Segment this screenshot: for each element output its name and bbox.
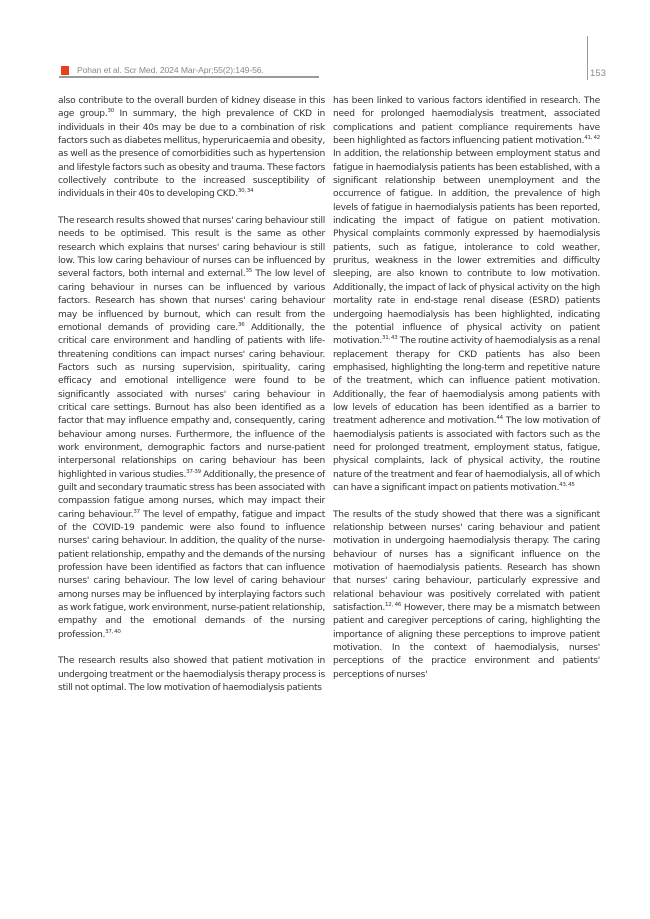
page-number: 153	[590, 68, 606, 79]
text-run: In summary, the high prevalence of CKD i…	[58, 109, 325, 199]
citation-ref: 12, 46	[385, 602, 401, 608]
citation-ref: 31, 43	[382, 335, 398, 341]
citation-ref: 37, 40	[105, 629, 121, 635]
left-column: also contribute to the overall burden of…	[58, 95, 325, 709]
page-number-divider	[587, 36, 588, 80]
paragraph: has been linked to various factors ident…	[333, 95, 600, 495]
paragraph: The research results also showed that pa…	[58, 655, 325, 695]
citation-ref: 41, 42	[584, 135, 600, 141]
accent-square-icon	[61, 66, 69, 75]
text-run: Additionally, the critical care environm…	[58, 323, 325, 480]
text-run: However, there may be a mismatch between…	[333, 603, 600, 680]
paragraph: also contribute to the overall burden of…	[58, 95, 325, 202]
text-run: In addition, the relationship between em…	[333, 149, 600, 346]
paragraph: The results of the study showed that the…	[333, 509, 600, 682]
paragraph: The research results showed that nurses'…	[58, 215, 325, 642]
header-underline	[59, 76, 319, 78]
citation-ref: 30, 34	[238, 188, 254, 194]
text-run: has been linked to various factors ident…	[333, 96, 600, 146]
journal-citation: Pohan et al. Scr Med. 2024 Mar-Apr;55(2)…	[77, 65, 264, 75]
citation-ref: 37-39	[186, 469, 201, 475]
text-run: The level of empathy, fatigue and impact…	[58, 510, 325, 640]
text-run: The results of the study showed that the…	[333, 510, 600, 613]
right-column: has been linked to various factors ident…	[333, 95, 600, 695]
citation-ref: 43, 45	[559, 482, 575, 488]
text-run: The routine activity of haemodialysis as…	[333, 336, 600, 426]
text-run: The research results also showed that pa…	[58, 656, 325, 693]
